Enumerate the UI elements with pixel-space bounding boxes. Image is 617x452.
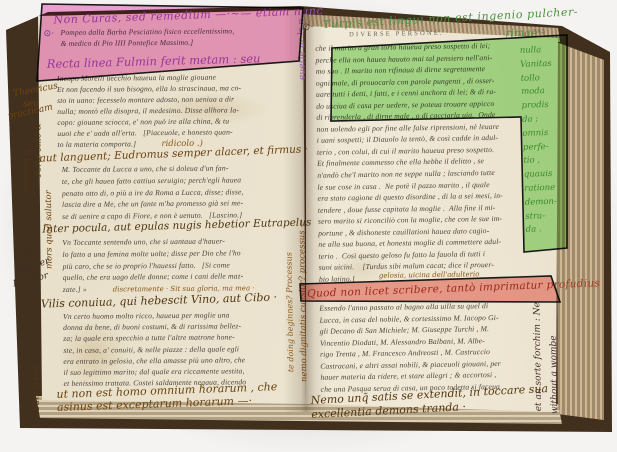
gutter-note-dignitatis: nemo dignitatis cuesior? processus —	[296, 142, 310, 382]
gutter-note-purple: euerie ur ls p	[297, 8, 308, 80]
margin-notes-green-column: nulla Vanitas tollo moda prodis da : omn…	[520, 44, 558, 238]
printed-text-marito: che il marito a gran torto haueua preso …	[315, 40, 504, 285]
book-photo: Non Curas, sed remedium —·~— etiam nunc …	[0, 0, 617, 452]
page-header: DIVERSE PERSONE.	[349, 30, 444, 38]
printed-text-bagno: Essendo l'anno passato al bagno alla uil…	[319, 300, 501, 395]
gutter-note-processus: te doing beginnes? Processus	[283, 152, 295, 372]
margin-note-wombe: without a wombe	[548, 296, 560, 414]
handwritten-note-gelosia: gelosia, uicina dell'adulterio	[379, 270, 480, 280]
right-page-text-layer: Turpis est lingui non est ingenio pulche…	[0, 0, 617, 452]
page-number: 383	[533, 28, 546, 35]
margin-note-sorte: et an sorte forchim : Ne	[532, 281, 544, 411]
